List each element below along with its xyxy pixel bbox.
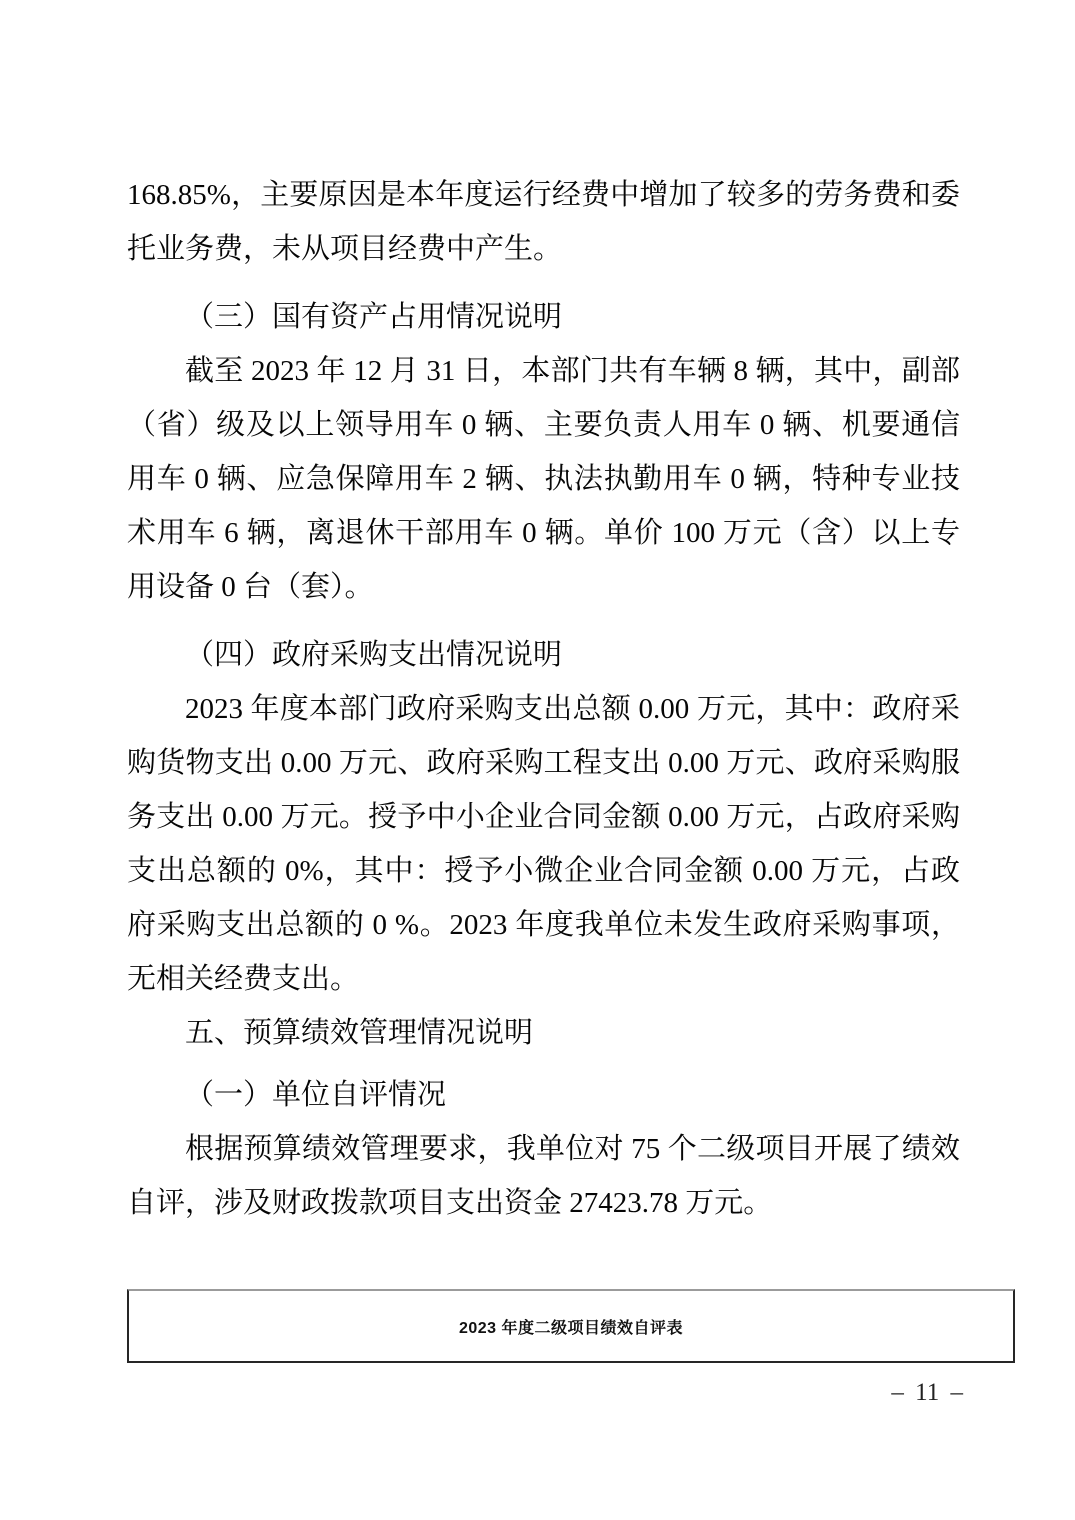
document-page: 168.85%，主要原因是本年度运行经费中增加了较多的劳务费和委托业务费，未从项… [0, 0, 1075, 1520]
paragraph-state-assets: 截至 2023 年 12 月 31 日，本部门共有车辆 8 辆，其中，副部（省）… [127, 344, 960, 614]
page-number: – 11 – [0, 1379, 963, 1407]
table-title: 2023 年度二级项目绩效自评表 [459, 1315, 683, 1338]
section-heading-procurement: （四）政府采购支出情况说明 [127, 628, 960, 682]
document-body: 168.85%，主要原因是本年度运行经费中增加了较多的劳务费和委托业务费，未从项… [127, 168, 960, 1230]
table-title-box: 2023 年度二级项目绩效自评表 [127, 1289, 1015, 1363]
section-heading-state-assets: （三）国有资产占用情况说明 [127, 290, 960, 344]
paragraph-continuation: 168.85%，主要原因是本年度运行经费中增加了较多的劳务费和委托业务费，未从项… [127, 168, 960, 276]
paragraph-procurement: 2023 年度本部门政府采购支出总额 0.00 万元，其中：政府采购货物支出 0… [127, 682, 960, 1006]
paragraph-self-evaluation: 根据预算绩效管理要求，我单位对 75 个二级项目开展了绩效自评，涉及财政拨款项目… [127, 1122, 960, 1230]
section-heading-performance: 五、预算绩效管理情况说明 [127, 1006, 960, 1060]
subsection-heading-self-evaluation: （一）单位自评情况 [127, 1068, 960, 1122]
